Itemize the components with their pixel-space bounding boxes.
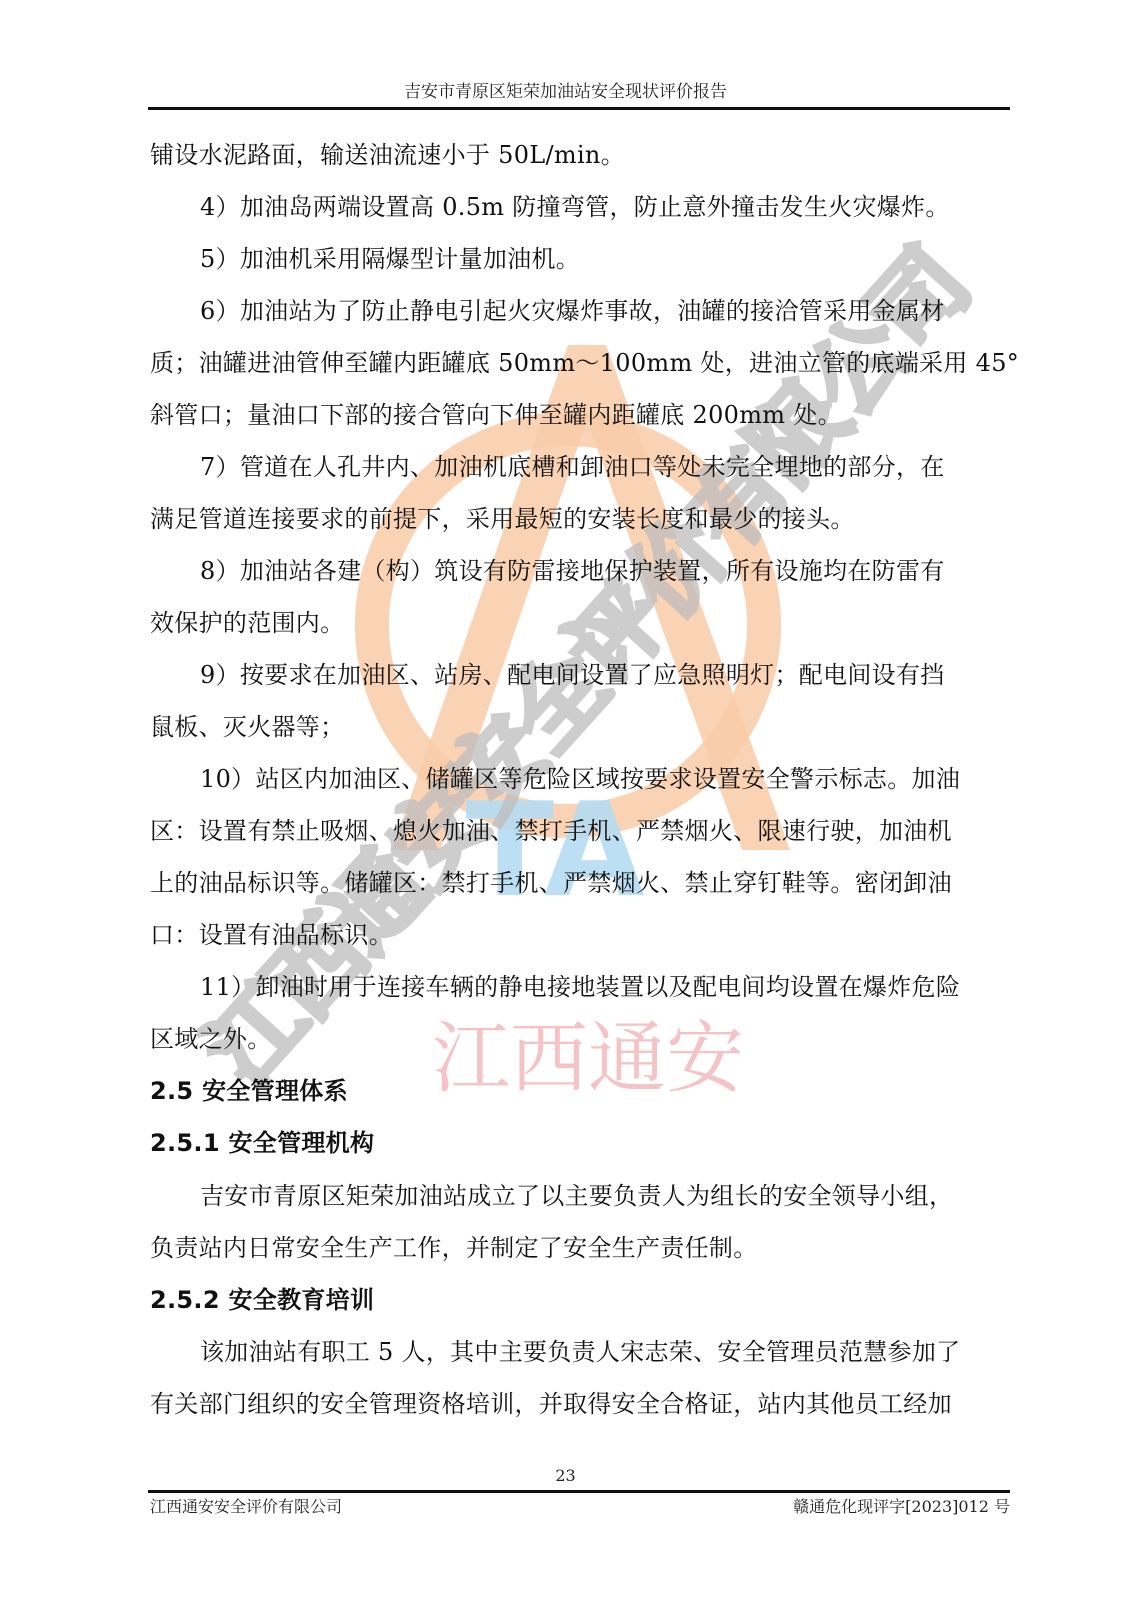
page-number: 23 <box>0 1465 1131 1487</box>
body-line: 负责站内日常安全生产工作，并制定了安全生产责任制。 <box>150 1232 1012 1264</box>
running-header-title: 吉安市青原区矩荣加油站安全现状评价报告 <box>0 80 1131 104</box>
footer-company: 江西通安安全评价有限公司 <box>150 1496 342 1518</box>
body-line: 上的油品标识等。储罐区：禁打手机、严禁烟火、禁止穿钉鞋等。密闭卸油 <box>150 867 1012 899</box>
section-heading-2-5: 2.5 安全管理体系 <box>150 1075 1012 1107</box>
body-line: 4）加油岛两端设置高 0.5m 防撞弯管，防止意外撞击发生火灾爆炸。 <box>200 191 1012 223</box>
footer-doc-number: 赣通危化现评字[2023]012 号 <box>793 1496 1010 1518</box>
body-line: 质；油罐进油管伸至罐内距罐底 50mm～100mm 处，进油立管的底端采用 45… <box>150 347 1012 379</box>
header-divider <box>148 107 1010 110</box>
body-line: 口：设置有油品标识。 <box>150 919 1012 951</box>
body-line: 6）加油站为了防止静电引起火灾爆炸事故，油罐的接洽管采用金属材 <box>200 295 1012 327</box>
section-heading-2-5-2: 2.5.2 安全教育培训 <box>150 1284 1012 1316</box>
document-page: TA 江西通安 江西通安安全评价有限公司 吉安市青原区矩荣加油站安全现状评价报告… <box>0 0 1131 1600</box>
body-line: 11）卸油时用于连接车辆的静电接地装置以及配电间均设置在爆炸危险 <box>200 971 1012 1003</box>
body-line: 10）站区内加油区、储罐区等危险区域按要求设置安全警示标志。加油 <box>200 763 1012 795</box>
section-heading-2-5-1: 2.5.1 安全管理机构 <box>150 1127 1012 1159</box>
body-line: 9）按要求在加油区、站房、配电间设置了应急照明灯；配电间设有挡 <box>200 659 1012 691</box>
body-line: 鼠板、灭火器等； <box>150 711 1012 743</box>
body-line: 该加油站有职工 5 人，其中主要负责人宋志荣、安全管理员范慧参加了 <box>200 1336 1012 1368</box>
body-line: 铺设水泥路面，输送油流速小于 50L/min。 <box>150 139 1012 171</box>
body-line: 区域之外。 <box>150 1023 1012 1055</box>
body-line: 满足管道连接要求的前提下，采用最短的安装长度和最少的接头。 <box>150 503 1012 535</box>
body-line: 吉安市青原区矩荣加油站成立了以主要负责人为组长的安全领导小组， <box>200 1180 1012 1212</box>
svg-text:TA: TA <box>465 774 644 926</box>
body-line: 8）加油站各建（构）筑设有防雷接地保护装置，所有设施均在防雷有 <box>200 555 1012 587</box>
body-line: 斜管口；量油口下部的接合管向下伸至罐内距罐底 200mm 处。 <box>150 399 1012 431</box>
body-line: 7）管道在人孔井内、加油机底槽和卸油口等处未完全埋地的部分，在 <box>200 451 1012 483</box>
body-line: 区：设置有禁止吸烟、熄火加油、禁打手机、严禁烟火、限速行驶，加油机 <box>150 815 1012 847</box>
footer-divider <box>148 1490 1010 1493</box>
body-line: 效保护的范围内。 <box>150 607 1012 639</box>
body-line: 有关部门组织的安全管理资格培训，并取得安全合格证，站内其他员工经加 <box>150 1388 1012 1420</box>
body-line: 5）加油机采用隔爆型计量加油机。 <box>200 243 1012 275</box>
